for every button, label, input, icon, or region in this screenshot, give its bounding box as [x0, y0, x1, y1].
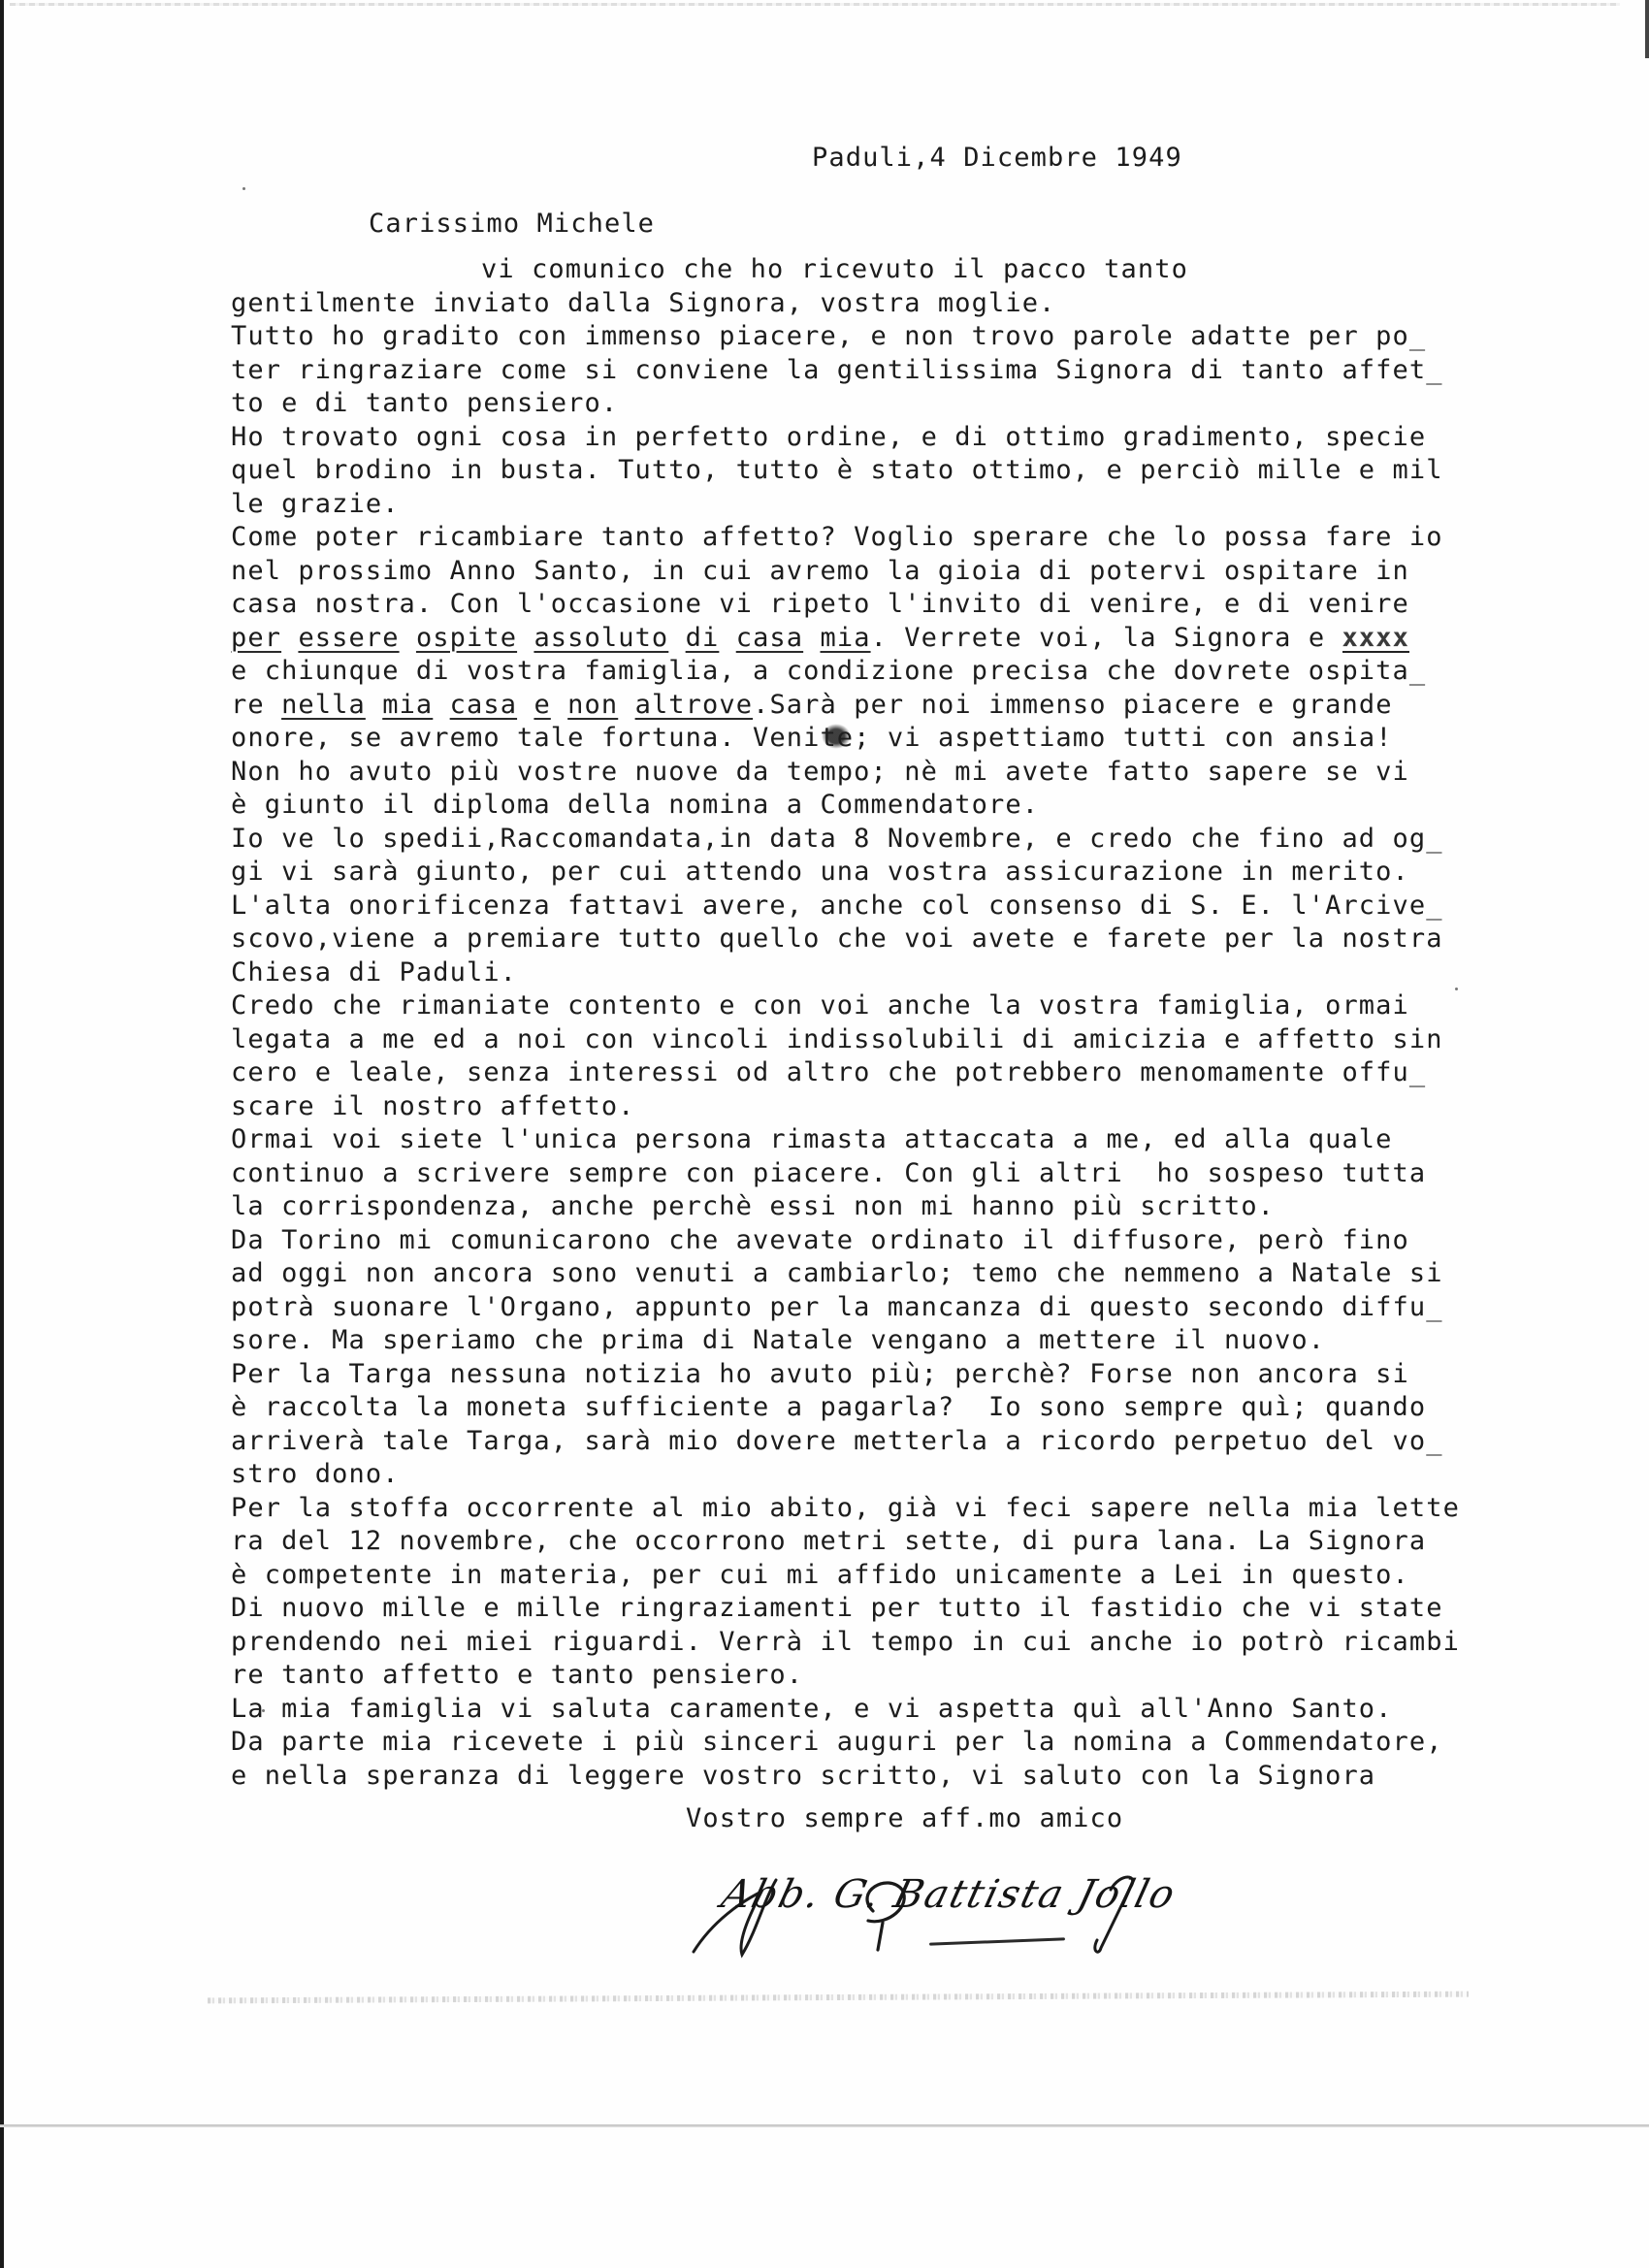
letter-line: Ormai voi siete l'unica persona rimasta …: [231, 1123, 1460, 1157]
letter-line: scare il nostro affetto.: [231, 1090, 1460, 1124]
letter-body: vi comunico che ho ricevuto il pacco tan…: [231, 253, 1460, 1793]
letter-line: nel prossimo Anno Santo, in cui avremo l…: [231, 555, 1460, 589]
ink-smudge: te: [820, 722, 854, 756]
letter-line: ad oggi non ancora sono venuti a cambiar…: [231, 1257, 1460, 1291]
handwritten-signature: Abb. G. Battista Jollo: [684, 1863, 1188, 1969]
letter-line: e chiunque di vostra famiglia, a condizi…: [231, 655, 1460, 689]
underlined-word: altrove: [635, 690, 754, 720]
letter-line: Non ho avuto più vostre nuove da tempo; …: [231, 756, 1460, 790]
scan-left-border: [0, 0, 4, 2268]
letter-line: gi vi sarà giunto, per cui attendo una v…: [231, 856, 1460, 890]
scan-top-edge: [10, 3, 1620, 6]
signature-text: Abb. G. Battista Jollo: [717, 1872, 1180, 1917]
letter-line: onore, se avremo tale fortuna. Venite; v…: [231, 722, 1460, 756]
scan-bleed-line: [208, 1992, 1469, 2004]
letter-line: La mia famiglia vi saluta caramente, e v…: [231, 1693, 1460, 1727]
text-run: [433, 690, 449, 720]
letter-line: Come poter ricambiare tanto affetto? Vog…: [231, 521, 1460, 555]
struck-out-word: xxxx: [1342, 622, 1409, 656]
paper-speck: [242, 187, 245, 190]
letter-line: cero e leale, senza interessi od altro c…: [231, 1056, 1460, 1090]
text-run: [803, 623, 820, 653]
letter-line: vi comunico che ho ricevuto il pacco tan…: [231, 253, 1460, 287]
text-run: [719, 623, 735, 653]
letter-line: Per la stoffa occorrente al mio abito, g…: [231, 1492, 1460, 1526]
underlined-word: non: [567, 690, 618, 720]
underlined-word: e: [533, 690, 550, 720]
letter-line: è competente in materia, per cui mi affi…: [231, 1559, 1460, 1593]
text-run: .Sarà per noi immenso piacere e grande: [753, 690, 1393, 720]
letter-line: sore. Ma speriamo che prima di Natale ve…: [231, 1324, 1460, 1358]
scan-right-edge: [1645, 0, 1649, 58]
underlined-word: mia: [382, 690, 433, 720]
letter-line: continuo a scrivere sempre con piacere. …: [231, 1157, 1460, 1191]
date-line: Paduli,4 Dicembre 1949: [812, 142, 1182, 176]
letter-line: Chiesa di Paduli.: [231, 956, 1460, 990]
letter-line: scovo,viene a premiare tutto quello che …: [231, 923, 1460, 956]
letter-line: gentilmente inviato dalla Signora, vostr…: [231, 287, 1460, 321]
text-run: re: [231, 690, 281, 720]
letter-line: le grazie.: [231, 488, 1460, 522]
letter-page: Paduli,4 Dicembre 1949 Carissimo Michele…: [0, 0, 1649, 2268]
underlined-word: casa: [450, 690, 517, 720]
text-run: [618, 690, 634, 720]
letter-line: L'alta onorificenza fattavi avere, anche…: [231, 890, 1460, 923]
text-run: [366, 690, 382, 720]
letter-line: è giunto il diploma della nomina a Comme…: [231, 789, 1460, 823]
text-run: [400, 623, 416, 653]
letter-line: Tutto ho gradito con immenso piacere, e …: [231, 320, 1460, 354]
underlined-word: nella: [281, 690, 366, 720]
text-run: [668, 623, 685, 653]
letter-line: casa nostra. Con l'occasione vi ripeto l…: [231, 588, 1460, 622]
text-run: [281, 623, 298, 653]
text-run: [551, 690, 567, 720]
letter-line: Credo che rimaniate contento e con voi a…: [231, 989, 1460, 1023]
letter-line: Ho trovato ogni cosa in perfetto ordine,…: [231, 421, 1460, 455]
letter-line: ter ringraziare come si conviene la gent…: [231, 354, 1460, 388]
letter-line: prendendo nei miei riguardi. Verrà il te…: [231, 1626, 1460, 1660]
text-run: ; vi aspettiamo tutti con ansia!: [854, 723, 1392, 753]
letter-line: potrà suonare l'Organo, appunto per la m…: [231, 1291, 1460, 1325]
letter-line: Per la Targa nessuna notizia ho avuto pi…: [231, 1358, 1460, 1392]
letter-line: Da parte mia ricevete i più sinceri augu…: [231, 1726, 1460, 1760]
text-run: onore, se avremo tale fortuna. Veni: [231, 723, 820, 753]
letter-line: Da Torino mi comunicarono che avevate or…: [231, 1224, 1460, 1258]
letter-line: stro dono.: [231, 1458, 1460, 1492]
letter-line: Di nuovo mille e mille ringraziamenti pe…: [231, 1592, 1460, 1626]
letter-line: quel brodino in busta. Tutto, tutto è st…: [231, 454, 1460, 488]
underlined-word: mia: [821, 623, 871, 653]
letter-line: Io ve lo spedii,Raccomandata,in data 8 N…: [231, 823, 1460, 857]
letter-line: la corrispondenza, anche perchè essi non…: [231, 1190, 1460, 1224]
salutation: Carissimo Michele: [369, 208, 655, 242]
letter-line: ra del 12 novembre, che occorrono metri …: [231, 1525, 1460, 1559]
underlined-word: essere: [298, 623, 399, 653]
letter-line: è raccolta la moneta sufficiente a pagar…: [231, 1391, 1460, 1425]
text-run: . Verrete voi, la Signora e: [871, 623, 1342, 653]
letter-line: e nella speranza di leggere vostro scrit…: [231, 1760, 1460, 1794]
letter-line: re tanto affetto e tanto pensiero.: [231, 1659, 1460, 1693]
underlined-word: ospite: [416, 623, 517, 653]
letter-line: re nella mia casa e non altrove.Sarà per…: [231, 689, 1460, 723]
underlined-word: casa: [736, 623, 803, 653]
letter-line: legata a me ed a noi con vincoli indisso…: [231, 1023, 1460, 1057]
text-run: [517, 690, 533, 720]
underlined-word: di: [686, 623, 720, 653]
text-run: [517, 623, 533, 653]
letter-line: arriverà tale Targa, sarà mio dovere met…: [231, 1425, 1460, 1459]
letter-line: per essere ospite assoluto di casa mia. …: [231, 622, 1460, 656]
underlined-word: per: [231, 623, 281, 653]
closing-line: Vostro sempre aff.mo amico: [686, 1802, 1123, 1836]
underlined-word: assoluto: [533, 623, 668, 653]
letter-line: to e di tanto pensiero.: [231, 387, 1460, 421]
page-fold-line: [0, 2124, 1649, 2127]
